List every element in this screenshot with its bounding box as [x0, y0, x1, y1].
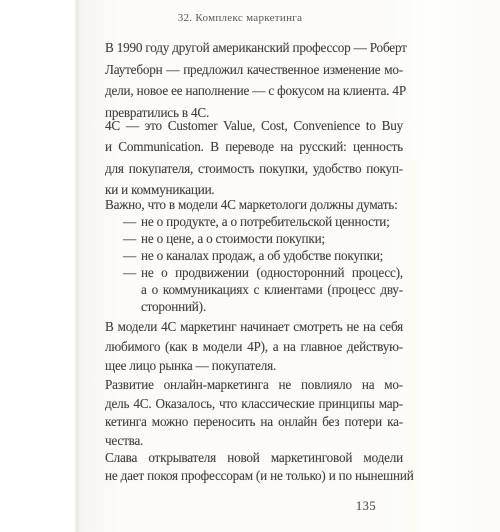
text-line: Важно, что в модели 4C маркетологи должн… — [105, 196, 403, 213]
list-dash: — — [123, 230, 136, 247]
list-item: —не о продукте, а о потребительской ценн… — [105, 213, 403, 230]
text-line: В модели 4C маркетинг начинает смотреть … — [105, 317, 403, 337]
paragraph: В 1990 году другой американский профессо… — [105, 37, 403, 123]
list-dash: — — [123, 213, 136, 230]
running-head: 32. Комплекс маркетинга — [95, 12, 385, 24]
text-line: сторонний). — [141, 298, 403, 315]
list-item: —не о цене, а о стоимости покупки; — [105, 230, 403, 247]
list-item: —не о каналах продаж, а об удобстве поку… — [105, 247, 403, 264]
text-line: а о коммуникациях с клиентами (процесс д… — [141, 281, 403, 298]
text-line: и Communication. В переводе на русский: … — [105, 136, 403, 157]
text-line: Лаутеборн — предложил качественное измен… — [105, 59, 403, 81]
text-line: не о продвижении (односторонний процесс)… — [141, 264, 403, 281]
paragraph: 4C — это Customer Value, Cost, Convenien… — [105, 115, 403, 200]
text-line: Развитие онлайн-маркетинга не повлияло н… — [105, 376, 403, 395]
text-line: не о продукте, а о потребительской ценно… — [141, 213, 403, 230]
text-line: для покупателя, стоимость покупки, удобс… — [105, 158, 403, 179]
list-dash: — — [123, 247, 136, 264]
text-line: кетинга можно переносить на онлайн без п… — [105, 413, 403, 432]
paragraph: Развитие онлайн-маркетинга не повлияло н… — [105, 376, 403, 450]
paragraph: Слава открывателя новой маркетинговой мо… — [105, 449, 403, 484]
paragraph: Важно, что в модели 4C маркетологи должн… — [105, 196, 403, 315]
list-dash: — — [123, 264, 136, 281]
text-line: Слава открывателя новой маркетинговой мо… — [105, 449, 403, 467]
text-line: не о цене, а о стоимости покупки; — [141, 230, 403, 247]
text-line: не дает покоя профессорам (и не только) … — [105, 467, 403, 485]
text-line: щее лицо рынка — покупателя. — [105, 356, 403, 376]
list-item: —не о продвижении (односторонний процесс… — [105, 264, 403, 315]
text-line: чества. — [105, 432, 403, 451]
text-line: 4C — это Customer Value, Cost, Convenien… — [105, 115, 403, 136]
text-line: не о каналах продаж, а об удобстве покуп… — [141, 247, 403, 264]
text-line: дели, новое ее наполнение — с фокусом на… — [105, 80, 403, 102]
text-line: дель 4C. Оказалось, что классические при… — [105, 395, 403, 414]
text-line: В 1990 году другой американский профессо… — [105, 37, 403, 59]
paragraph: В модели 4C маркетинг начинает смотреть … — [105, 317, 403, 376]
text-line: любимого (как в модели 4P), а на главное… — [105, 337, 403, 357]
page-number: 135 — [336, 499, 396, 514]
